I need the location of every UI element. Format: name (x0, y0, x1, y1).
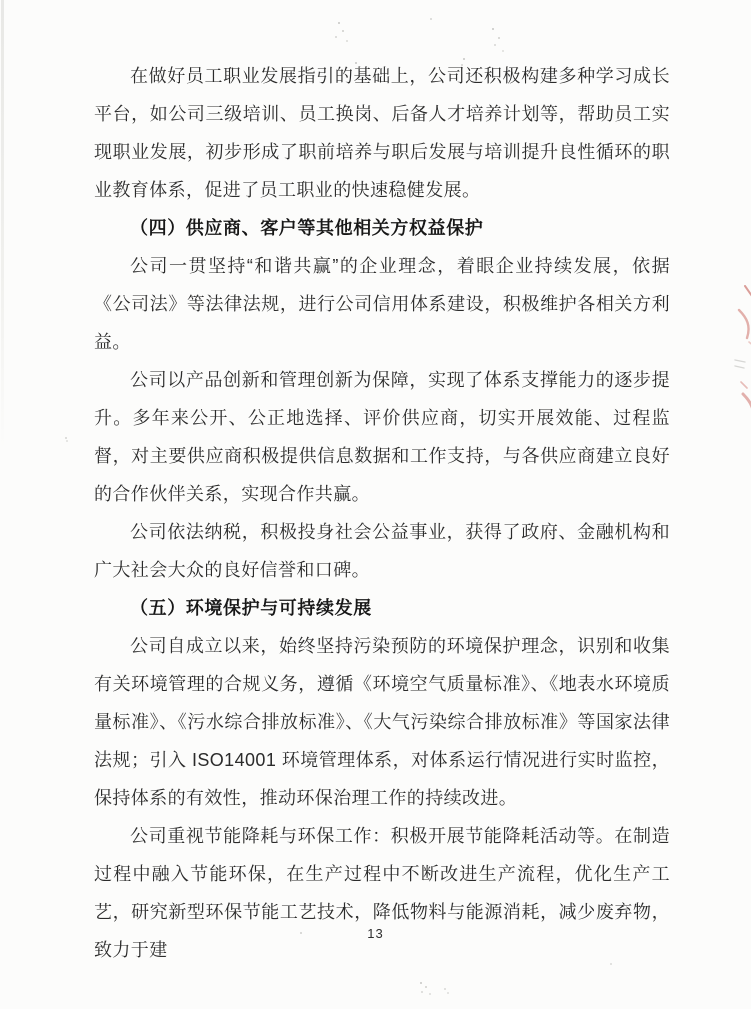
section-heading-environment-sustainability: （五）环境保护与可持续发展 (94, 589, 670, 627)
paragraph-energy-saving: 公司重视节能降耗与环保工作：积极开展节能降耗活动等。在制造过程中融入节能环保，在… (94, 817, 670, 969)
document-body: 在做好员工职业发展指引的基础上，公司还积极构建多种学习成长平台，如公司三级培训、… (94, 57, 670, 969)
scan-speckle (430, 18, 432, 20)
scan-speckle (492, 28, 494, 30)
paragraph-employee-career-development: 在做好员工职业发展指引的基础上，公司还积极构建多种学习成长平台，如公司三级培训、… (94, 57, 670, 209)
paragraph-environmental-compliance: 公司自成立以来，始终坚持污染预防的环境保护理念，识别和收集有关环境管理的合规义务… (94, 627, 670, 817)
scan-speckle (65, 437, 67, 439)
scan-edge-shading (1, 0, 4, 450)
paragraph-tax-and-public-welfare: 公司依法纳税，积极投身社会公益事业，获得了政府、金融机构和广大社会大众的良好信誉… (94, 513, 670, 589)
scan-speckle (355, 62, 357, 64)
scan-speckle (338, 22, 340, 24)
paragraph-harmonious-win-win: 公司一贯坚持“和谐共赢”的企业理念，着眼企业持续发展，依据《公司法》等法律法规，… (94, 247, 670, 361)
scan-speckle (420, 982, 422, 984)
document-page: 在做好员工职业发展指引的基础上，公司还积极构建多种学习成长平台，如公司三级培训、… (0, 0, 751, 1009)
scan-speckle (610, 963, 612, 965)
section-heading-supplier-customer-rights: （四）供应商、客户等其他相关方权益保护 (94, 209, 670, 247)
scan-speckle (463, 58, 465, 60)
red-ink-stamp-artifact (725, 282, 751, 422)
paragraph-supplier-cooperation: 公司以产品创新和管理创新为保障，实现了体系支撑能力的逐步提升。多年来公开、公正地… (94, 361, 670, 513)
page-number: 13 (0, 926, 751, 941)
